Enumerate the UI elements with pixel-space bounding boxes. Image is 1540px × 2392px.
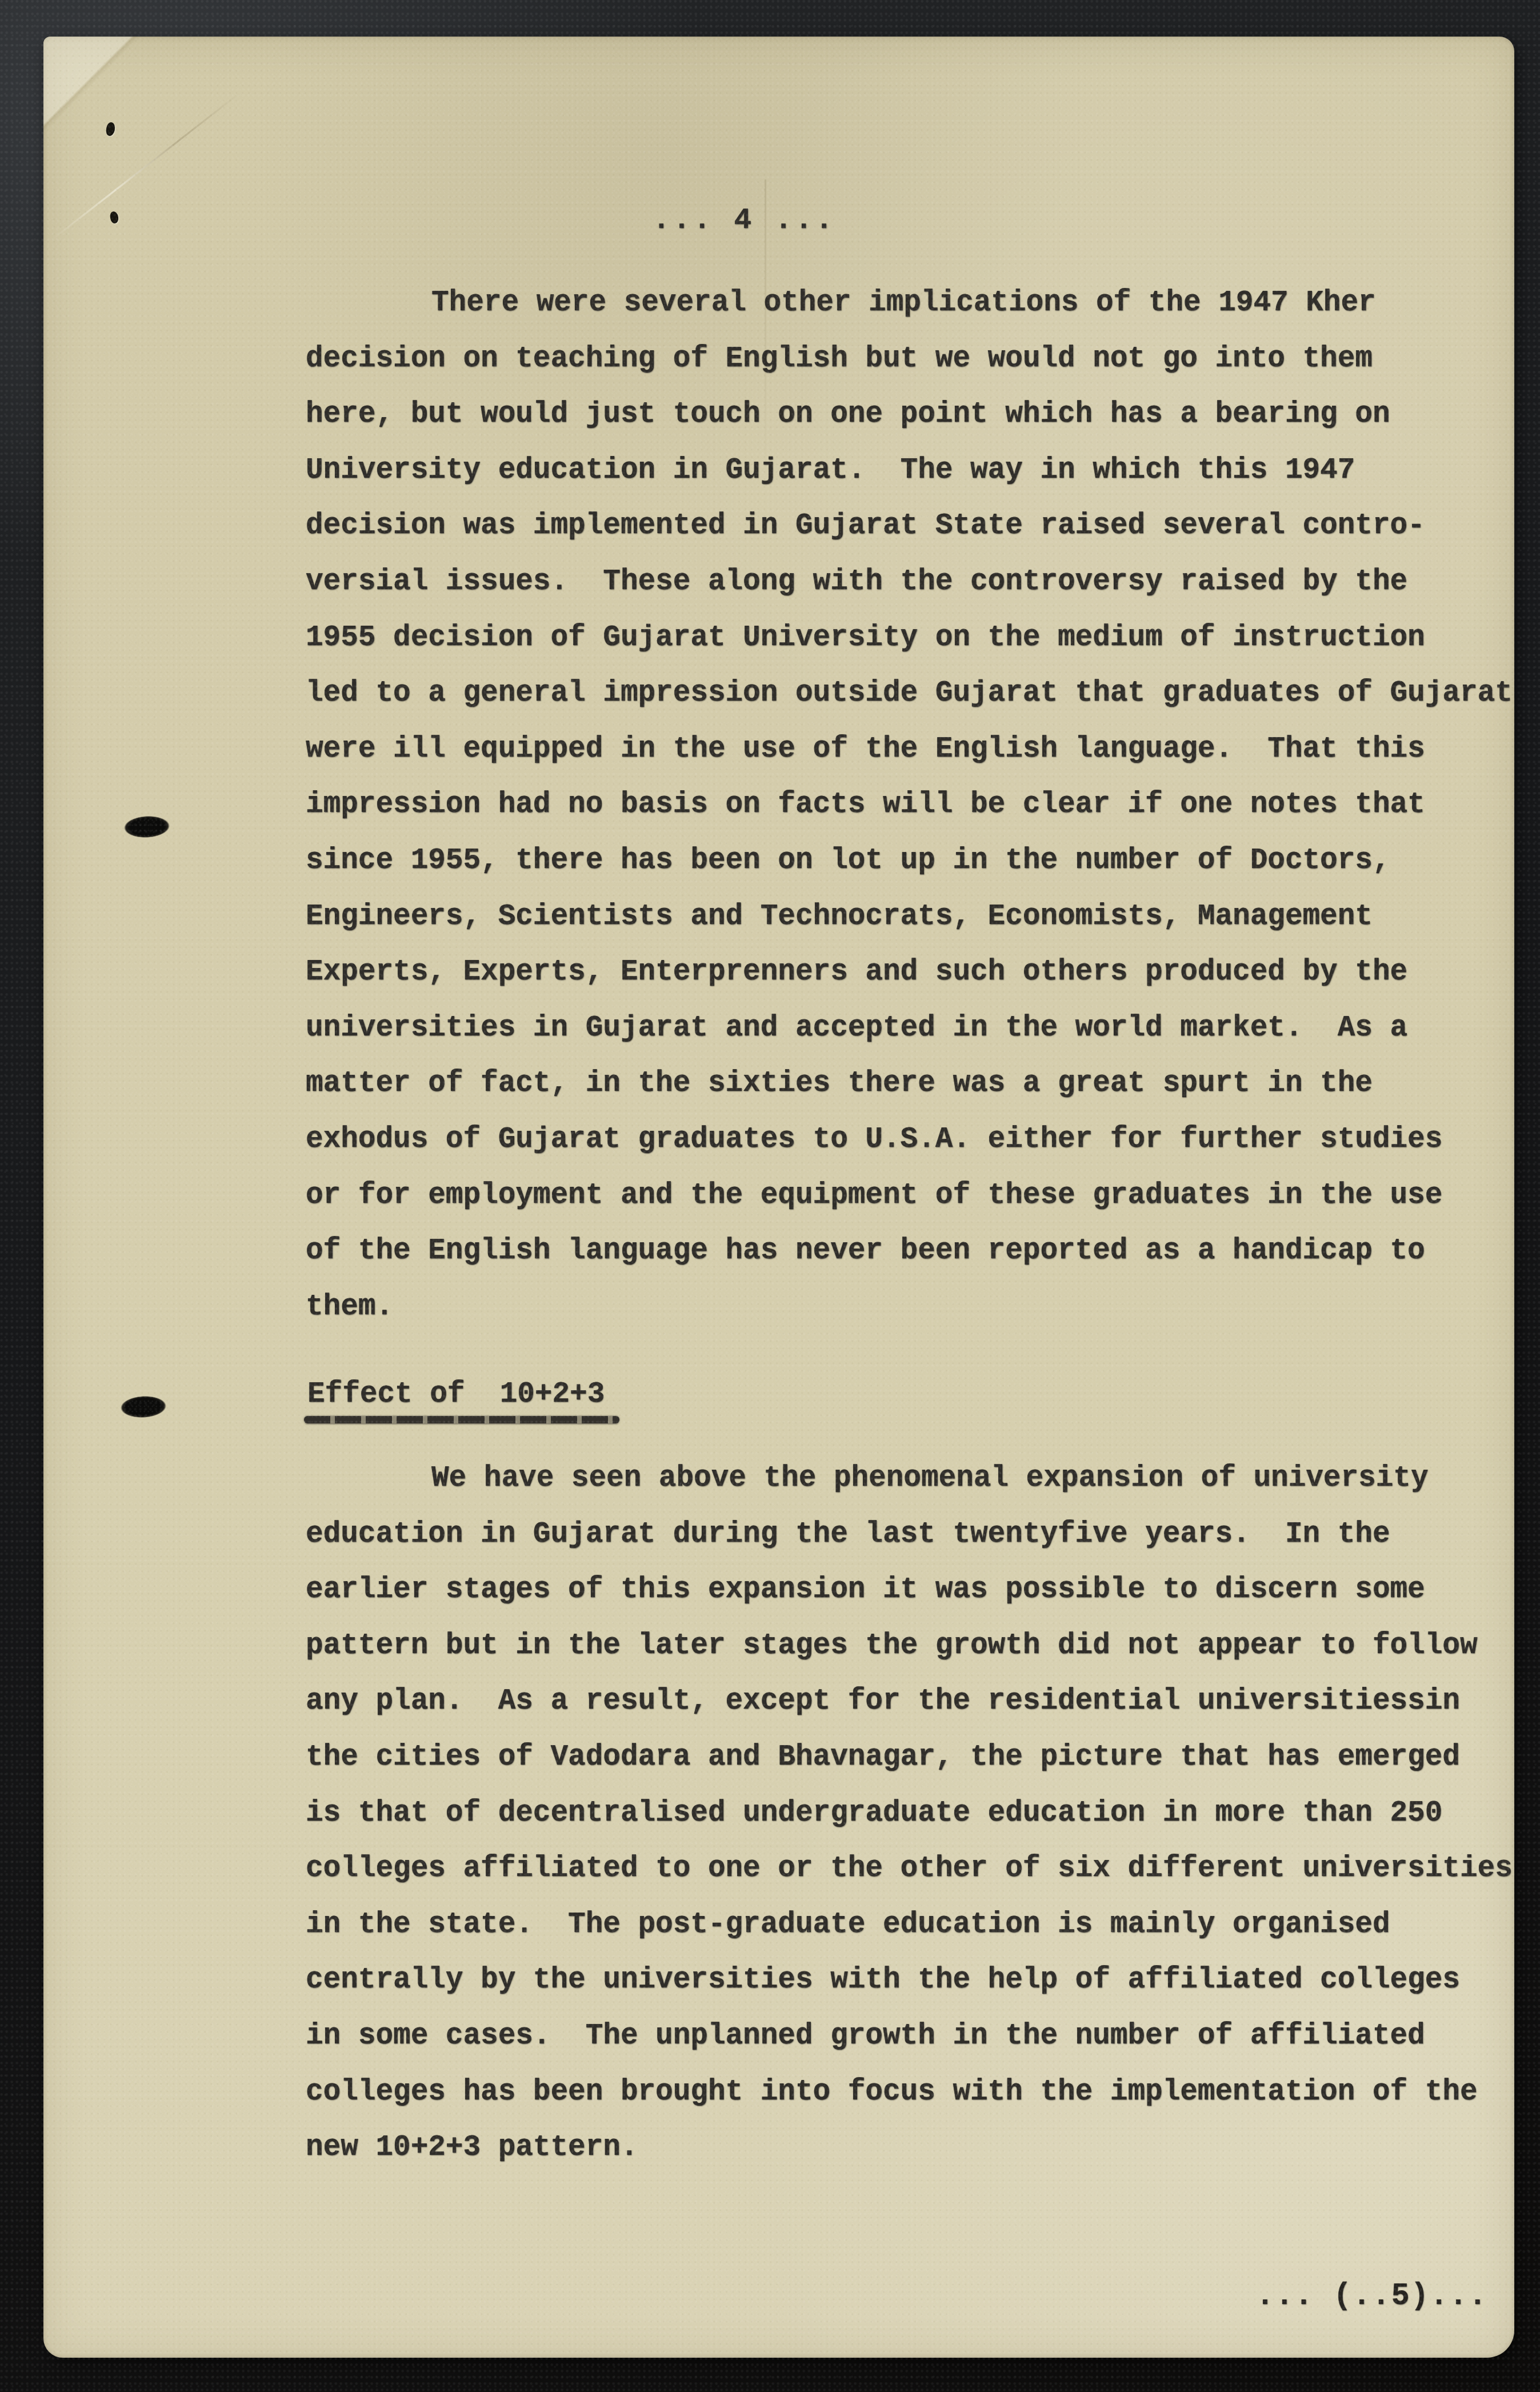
text-line: decision was implemented in Gujarat Stat… <box>306 498 1517 554</box>
page-number: ... 4 ... <box>653 203 835 239</box>
text-line: of the English language has never been r… <box>306 1223 1517 1279</box>
text-line: is that of decentralised undergraduate e… <box>306 1786 1517 1842</box>
text-line: Experts, Experts, Enterprenners and such… <box>306 945 1517 1001</box>
text-line: Engineers, Scientists and Technocrats, E… <box>306 889 1517 945</box>
text-line: We have seen above the phenomenal expans… <box>306 1451 1517 1507</box>
paragraph-1: There were several other implications of… <box>306 275 1517 1335</box>
paragraph-2: We have seen above the phenomenal expans… <box>306 1451 1517 2176</box>
text-line: colleges has been brought into focus wit… <box>306 2065 1517 2121</box>
text-line: led to a general impression outside Guja… <box>306 666 1517 722</box>
text-line: any plan. As a result, except for the re… <box>306 1674 1517 1730</box>
text-line: impression had no basis on facts will be… <box>306 777 1517 833</box>
heading-underline <box>304 1416 619 1423</box>
section-heading: Effect of 10+2+3 <box>307 1377 605 1413</box>
corner-fold <box>43 37 238 231</box>
text-line: centrally by the universities with the h… <box>306 1953 1517 2009</box>
text-line: since 1955, there has been on lot up in … <box>306 833 1517 889</box>
text-line: colleges affiliated to one or the other … <box>306 1841 1517 1897</box>
punch-hole <box>123 815 170 839</box>
staple-hole <box>110 211 119 224</box>
text-line: decision on teaching of English but we w… <box>306 331 1517 387</box>
text-line: University education in Gujarat. The way… <box>306 443 1517 499</box>
scanner-background: ... 4 ... There were several other impli… <box>0 0 1540 2392</box>
text-line: were ill equipped in the use of the Engl… <box>306 722 1517 778</box>
text-line: here, but would just touch on one point … <box>306 387 1517 443</box>
text-line: versial issues. These along with the con… <box>306 554 1517 610</box>
text-line: the cities of Vadodara and Bhavnagar, th… <box>306 1730 1517 1786</box>
text-line: in some cases. The unplanned growth in t… <box>306 2009 1517 2065</box>
text-line: new 10+2+3 pattern. <box>306 2120 1517 2176</box>
text-line: There were several other implications of… <box>306 275 1517 331</box>
page-footer-continuation: ... (..5)... <box>1256 2278 1488 2314</box>
text-line: 1955 decision of Gujarat University on t… <box>306 610 1517 666</box>
text-line: in the state. The post-graduate educatio… <box>306 1897 1517 1953</box>
punch-hole <box>120 1395 167 1419</box>
text-line: them. <box>306 1279 1517 1335</box>
text-line: or for employment and the equipment of t… <box>306 1168 1517 1224</box>
text-line: universities in Gujarat and accepted in … <box>306 1001 1517 1057</box>
text-line: education in Gujarat during the last twe… <box>306 1507 1517 1563</box>
text-line: exhodus of Gujarat graduates to U.S.A. e… <box>306 1112 1517 1168</box>
staple-hole <box>105 122 117 137</box>
text-line: earlier stages of this expansion it was … <box>306 1562 1517 1618</box>
text-line: matter of fact, in the sixties there was… <box>306 1056 1517 1112</box>
document-page: ... 4 ... There were several other impli… <box>43 37 1514 2358</box>
text-line: pattern but in the later stages the grow… <box>306 1618 1517 1674</box>
crease-line <box>51 91 242 241</box>
